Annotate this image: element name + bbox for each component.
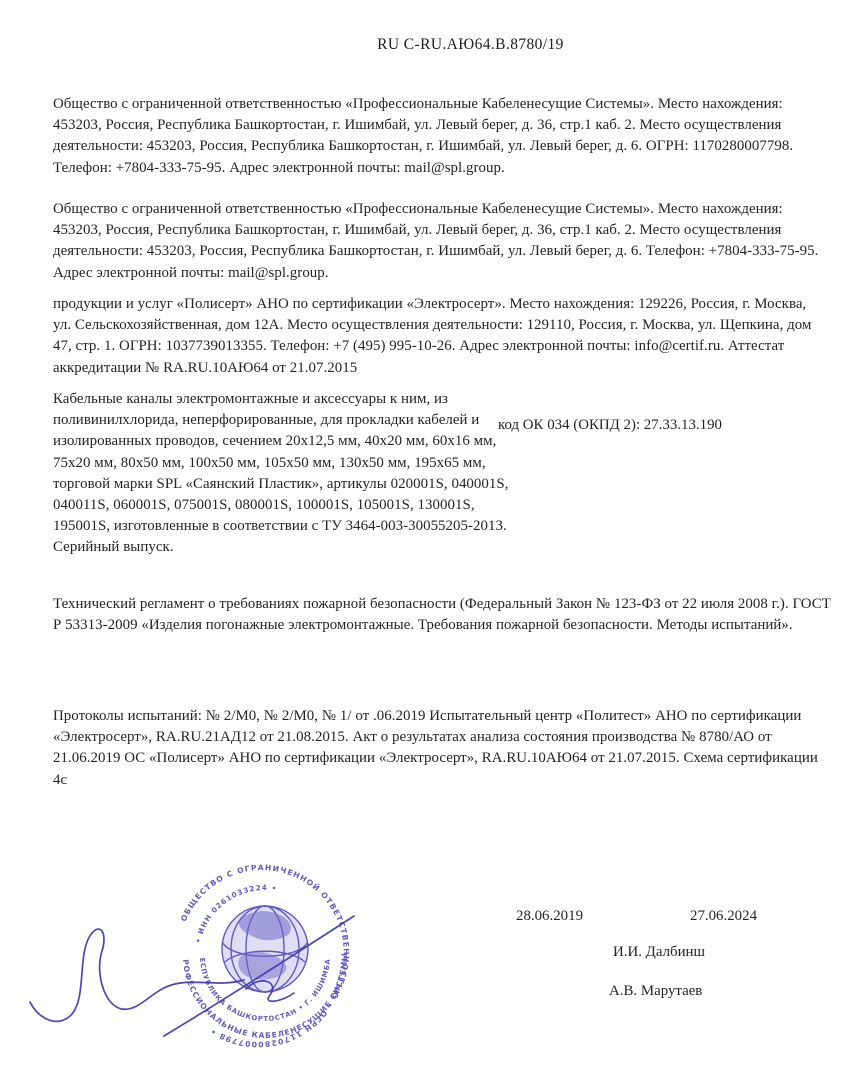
issue-date: 28.06.2019 — [516, 908, 583, 925]
certificate-number: RU C-RU.АЮ64.В.8780/19 — [0, 36, 853, 54]
company-stamp: ОБЩЕСТВО С ОГРАНИЧЕННОЙ ОТВЕТСТВЕННОСТЬЮ… — [12, 856, 404, 1067]
product-description: Кабельные каналы электромонтажные и аксе… — [53, 389, 509, 559]
requirements-paragraph: Технический регламент о требованиях пожа… — [53, 594, 833, 636]
expert-name: И.И. Далбинш — [613, 944, 705, 961]
globe-icon — [222, 906, 308, 992]
manufacturer-paragraph: Общество с ограниченной ответственностью… — [53, 199, 825, 284]
applicant-paragraph: Общество с ограниченной ответственностью… — [53, 94, 825, 179]
certificate-page: RU C-RU.АЮ64.В.8780/19 Общество с ограни… — [0, 0, 853, 1067]
evidence-paragraph: Протоколы испытаний: № 2/М0, № 2/М0, № 1… — [53, 706, 835, 791]
expiry-date: 27.06.2024 — [690, 908, 757, 925]
certification-body-paragraph: продукции и услуг «Полисерт» АНО по серт… — [53, 294, 825, 379]
product-okpd-code: код ОК 034 (ОКПД 2): 27.33.13.190 — [498, 417, 722, 434]
head-name: А.В. Марутаев — [609, 983, 702, 1000]
